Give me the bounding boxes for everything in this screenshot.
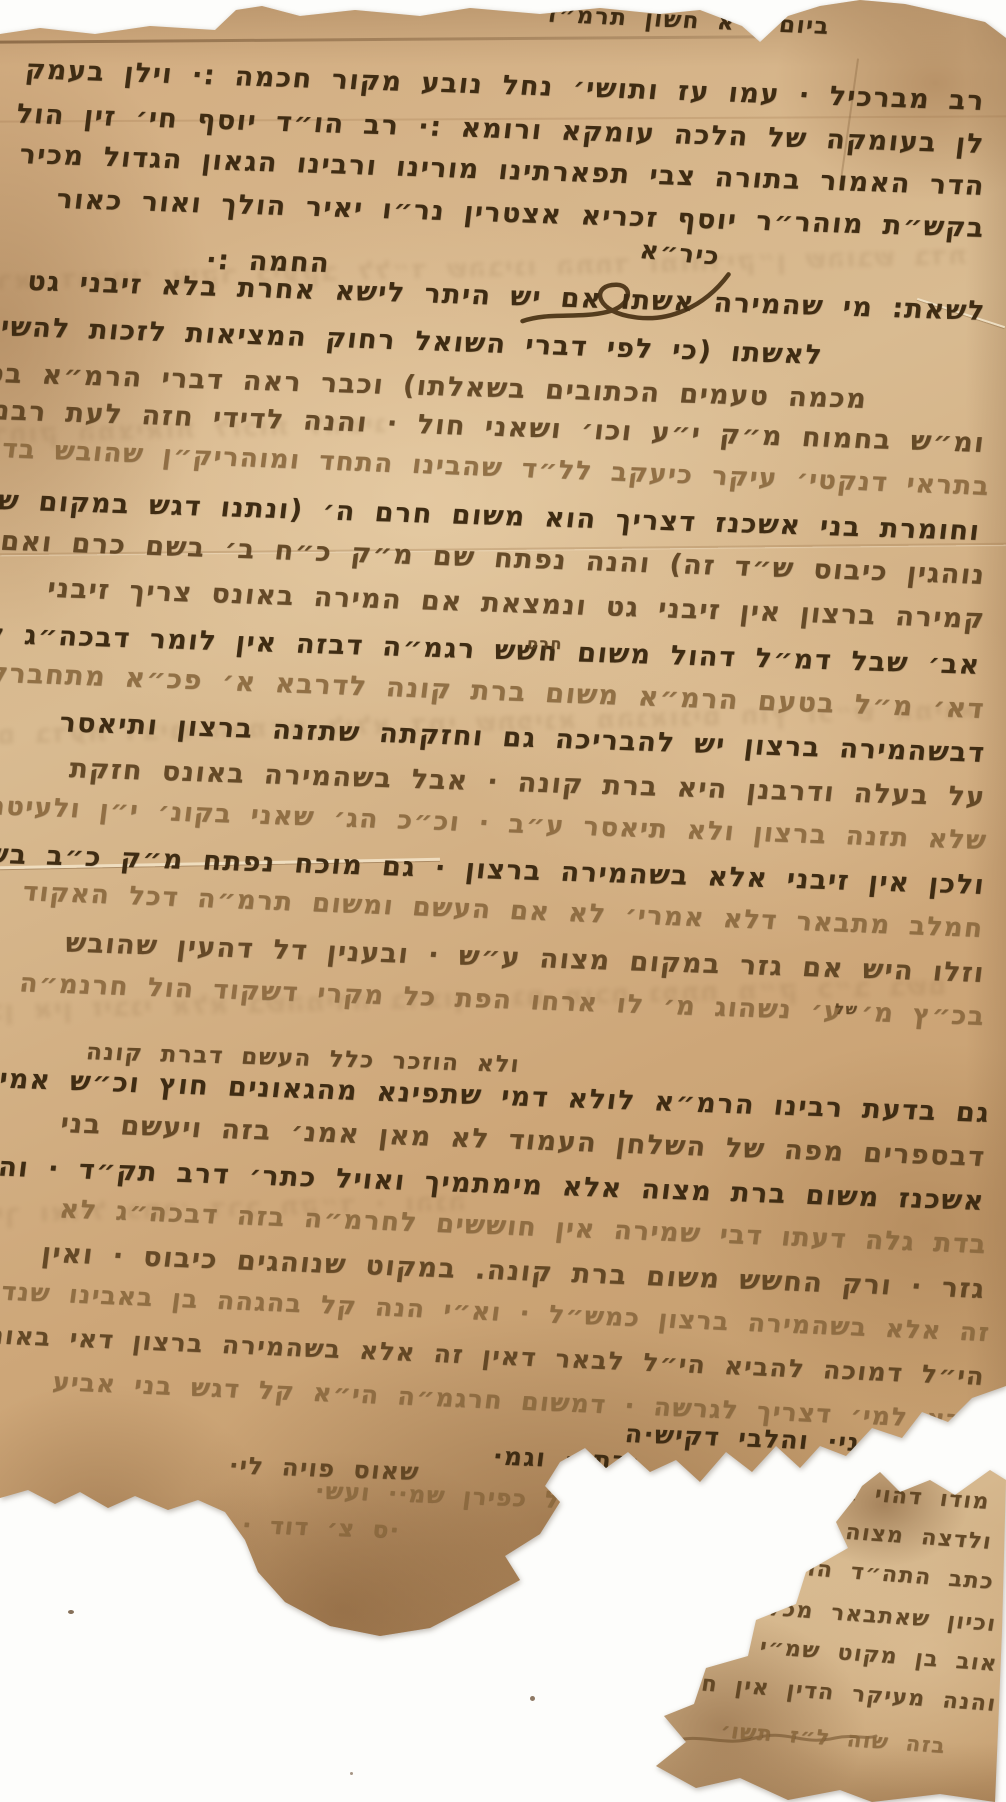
manuscript-line: ·בת · וגמ· bbox=[491, 1441, 642, 1476]
ink-speck bbox=[530, 1696, 535, 1701]
manuscript-line: של bbox=[834, 1000, 859, 1018]
ink-speck bbox=[350, 1772, 353, 1775]
manuscript-scan: בתראי דנקטי׳ עיקר כיעקב לל״ד שהבינו התחד… bbox=[0, 0, 1006, 1802]
manuscript-line: חרס bbox=[526, 634, 564, 653]
manuscript-line: מודו דהוי גזר הגאון ז״ל bbox=[680, 1470, 992, 1515]
manuscript-line: ·ל כפירן שמ·· ועש· bbox=[313, 1478, 571, 1514]
manuscript-line: ולדצה מצוה בכהנ · אלא bbox=[676, 1508, 994, 1555]
manuscript-line: וכיון שאתבאר מכל האמור דעכ״פ bbox=[579, 1583, 998, 1637]
manuscript-line: ביום י״א חשון תרמ״ז bbox=[547, 2, 832, 40]
paper-fragment-bottom-right: מודו דהוי גזר הגאון ז״לולדצה מצוה בכהנ ·… bbox=[600, 1430, 1006, 1802]
manuscript-line: ·ס צ׳ דוד · וגס· bbox=[175, 1510, 402, 1544]
fold-crease-top bbox=[0, 35, 758, 43]
ink-speck bbox=[68, 1610, 74, 1614]
paper-main-sheet: בתראי דנקטי׳ עיקר כיעקב לל״ד שהבינו התחד… bbox=[0, 0, 1006, 1660]
